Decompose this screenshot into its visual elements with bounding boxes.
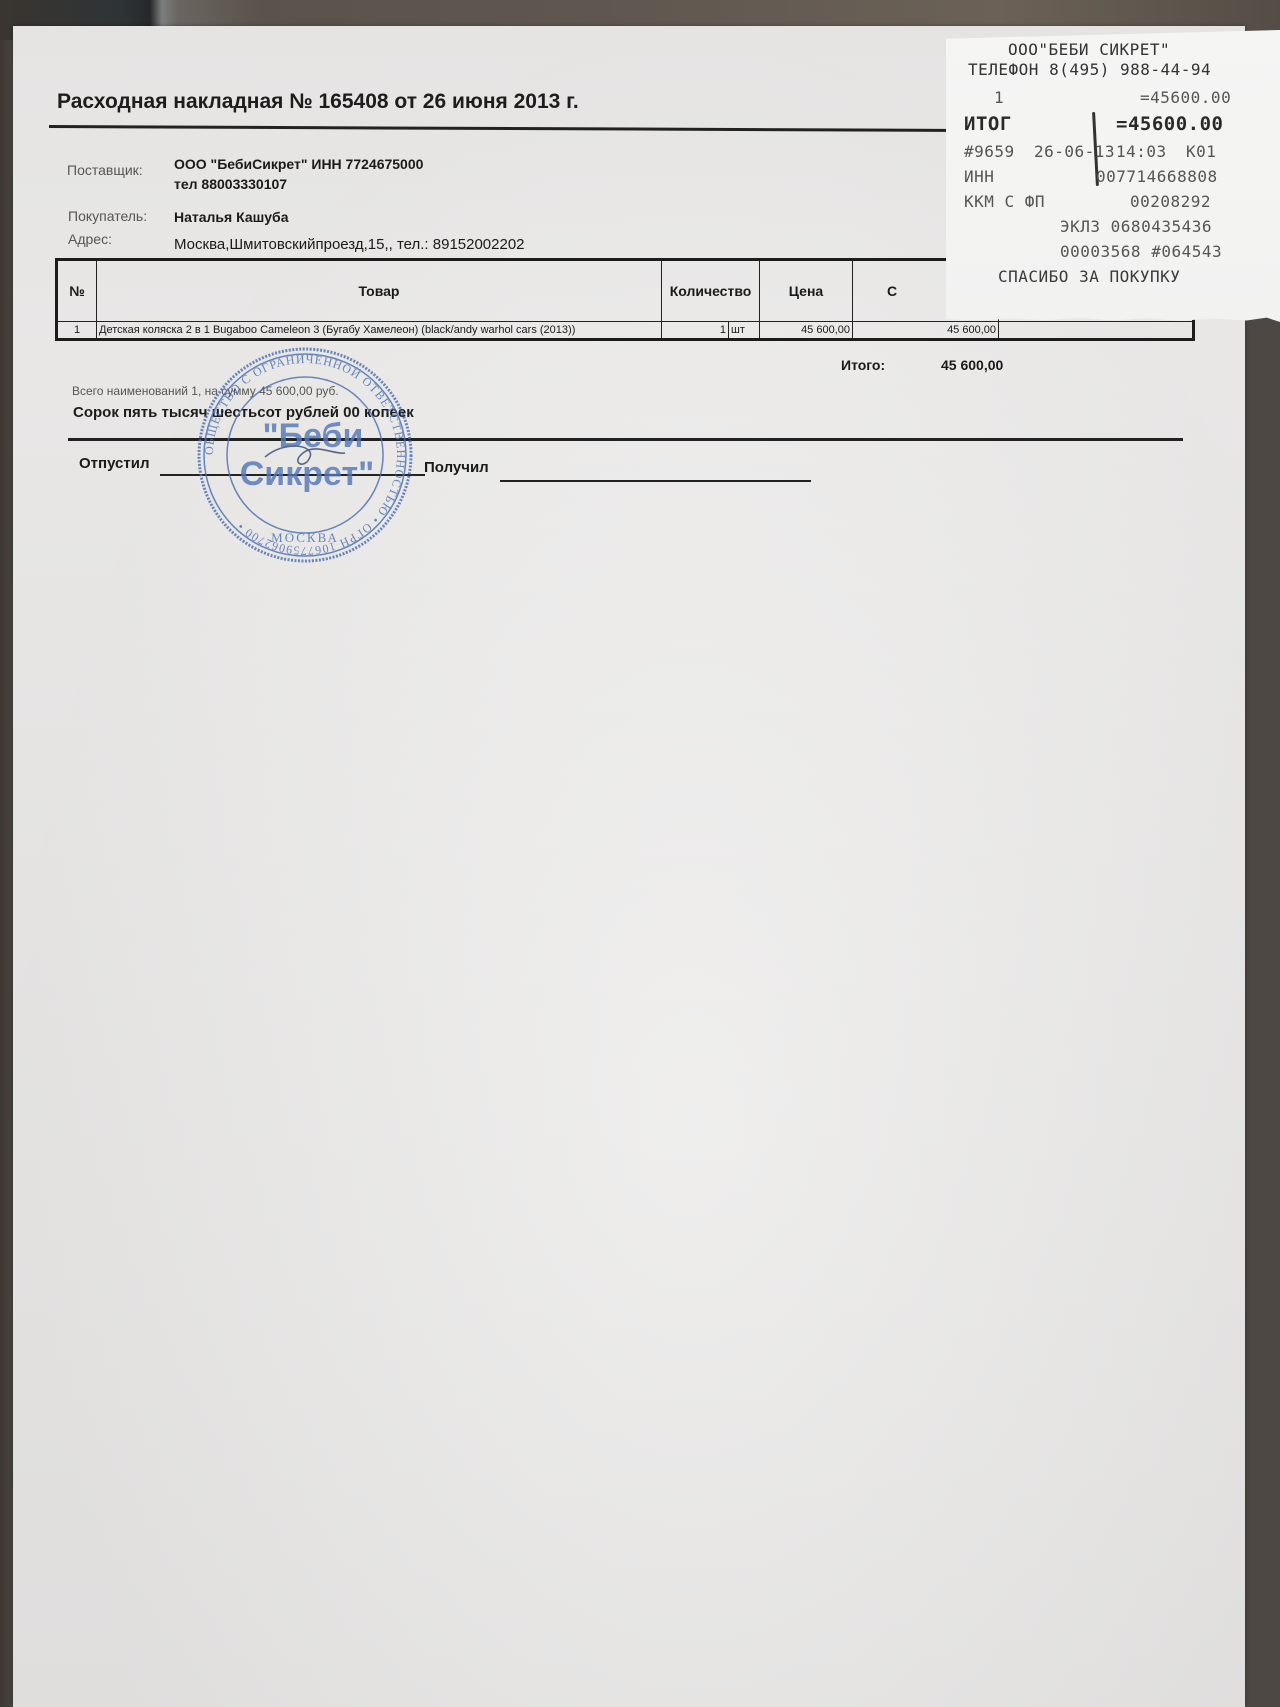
released-signature-line bbox=[160, 474, 425, 476]
received-label: Получил bbox=[424, 459, 489, 476]
total-value: 45 600,00 bbox=[941, 357, 1003, 373]
supplier-phone: тел 88003330107 bbox=[174, 176, 287, 192]
row-product: Детская коляска 2 в 1 Bugaboo Cameleon 3… bbox=[97, 322, 662, 340]
supplier-label: Поставщик: bbox=[67, 162, 143, 178]
row-number: 1 bbox=[57, 322, 97, 340]
receipt-thanks: СПАСИБО ЗА ПОКУПКУ bbox=[998, 267, 1180, 286]
buyer-name: Наталья Кашуба bbox=[174, 209, 289, 225]
receipt-item-index: 1 bbox=[994, 88, 1004, 107]
receipt-company: ООО"БЕБИ СИКРЕТ" bbox=[1008, 40, 1170, 59]
supplier-name: ООО "БебиСикрет" ИНН 7724675000 bbox=[174, 156, 423, 172]
row-unit: шт bbox=[729, 322, 760, 340]
received-signature-line bbox=[500, 480, 811, 482]
receipt-kpk: 00003568 #064543 bbox=[1060, 242, 1222, 261]
table-row: 1 Детская коляска 2 в 1 Bugaboo Cameleon… bbox=[57, 322, 1194, 340]
document-title: Расходная накладная № 165408 от 26 июня … bbox=[57, 90, 579, 114]
receipt-inn-value: 007714668808 bbox=[1096, 167, 1218, 186]
total-label: Итого: bbox=[841, 357, 885, 373]
buyer-label: Покупатель: bbox=[68, 208, 147, 224]
receipt-kkm-label: ККМ С ФП bbox=[964, 192, 1045, 211]
released-label: Отпустил bbox=[79, 455, 149, 472]
receipt-inn-label: ИНН bbox=[964, 167, 994, 186]
receipt-total-label: ИТОГ bbox=[964, 113, 1012, 135]
cash-receipt: ООО"БЕБИ СИКРЕТ" ТЕЛЕФОН 8(495) 988-44-9… bbox=[946, 30, 1280, 322]
col-quantity: Количество bbox=[662, 260, 760, 322]
address-value: Москва,Шмитовскийпроезд,15,, тел.: 89152… bbox=[174, 236, 525, 253]
receipt-doc-number: #9659 bbox=[964, 142, 1015, 161]
summary-divider bbox=[68, 438, 1183, 441]
receipt-register: К01 bbox=[1186, 142, 1216, 161]
receipt-time: 14:03 bbox=[1116, 142, 1167, 161]
receipt-item-amount: =45600.00 bbox=[1140, 88, 1231, 107]
summary-line: Всего наименований 1, на сумму 45 600,00… bbox=[72, 384, 339, 398]
row-sum: 45 600,00 bbox=[853, 322, 999, 340]
address-label: Адрес: bbox=[68, 231, 112, 247]
receipt-total-amount: =45600.00 bbox=[1116, 113, 1223, 135]
row-price: 45 600,00 bbox=[760, 322, 853, 340]
col-product: Товар bbox=[97, 260, 662, 322]
receipt-date: 26-06-13 bbox=[1034, 142, 1115, 161]
receipt-kkm-value: 00208292 bbox=[1130, 192, 1211, 211]
row-quantity: 1 bbox=[662, 322, 729, 340]
receipt-eklz: ЭКЛЗ 0680435436 bbox=[1060, 217, 1212, 236]
summary-amount-words: Сорок пять тысяч шестьсот рублей 00 копе… bbox=[73, 404, 414, 421]
receipt-phone: ТЕЛЕФОН 8(495) 988-44-94 bbox=[968, 60, 1211, 79]
col-number: № bbox=[57, 260, 97, 322]
col-price: Цена bbox=[760, 260, 853, 322]
